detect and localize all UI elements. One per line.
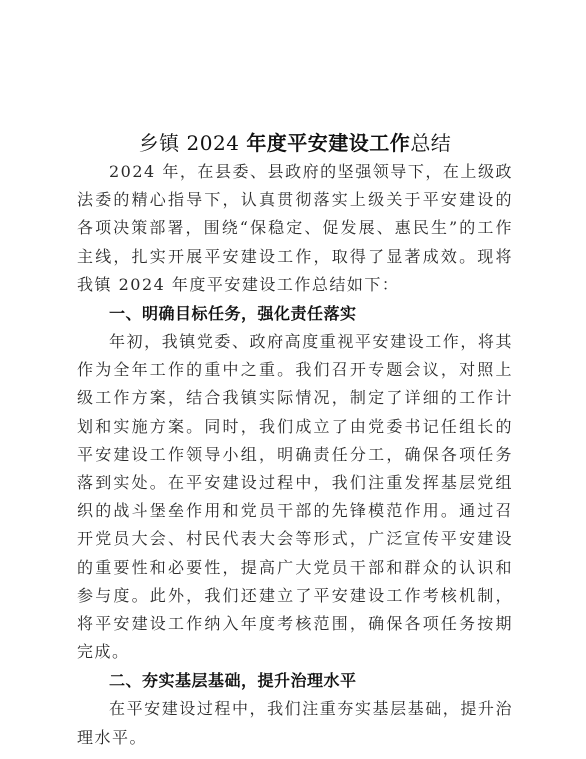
title-prefix: 乡镇 2024 [139, 131, 247, 155]
intro-paragraph: 2024 年，在县委、县政府的坚强领导下，在上级政法委的精心指导下，认真贯彻落实… [77, 158, 513, 299]
section-body-2: 在平安建设过程中，我们注重夯实基层基础，提升治理水平。 [77, 695, 513, 751]
document-title: 乡镇 2024 年度平安建设工作总结 [77, 128, 513, 158]
title-bold: 年度平安建设工作 [246, 131, 410, 155]
section-body-1: 年初，我镇党委、政府高度重视平安建设工作，将其作为全年工作的重中之重。我们召开专… [77, 328, 513, 666]
section-heading-1: 一、明确目标任务，强化责任落实 [77, 299, 513, 328]
document-body: 乡镇 2024 年度平安建设工作总结 2024 年，在县委、县政府的坚强领导下，… [77, 128, 513, 752]
section-heading-2: 二、夯实基层基础，提升治理水平 [77, 666, 513, 695]
document-page: 乡镇 2024 年度平安建设工作总结 2024 年，在县委、县政府的坚强领导下，… [0, 0, 586, 759]
title-suffix: 总结 [410, 131, 451, 155]
